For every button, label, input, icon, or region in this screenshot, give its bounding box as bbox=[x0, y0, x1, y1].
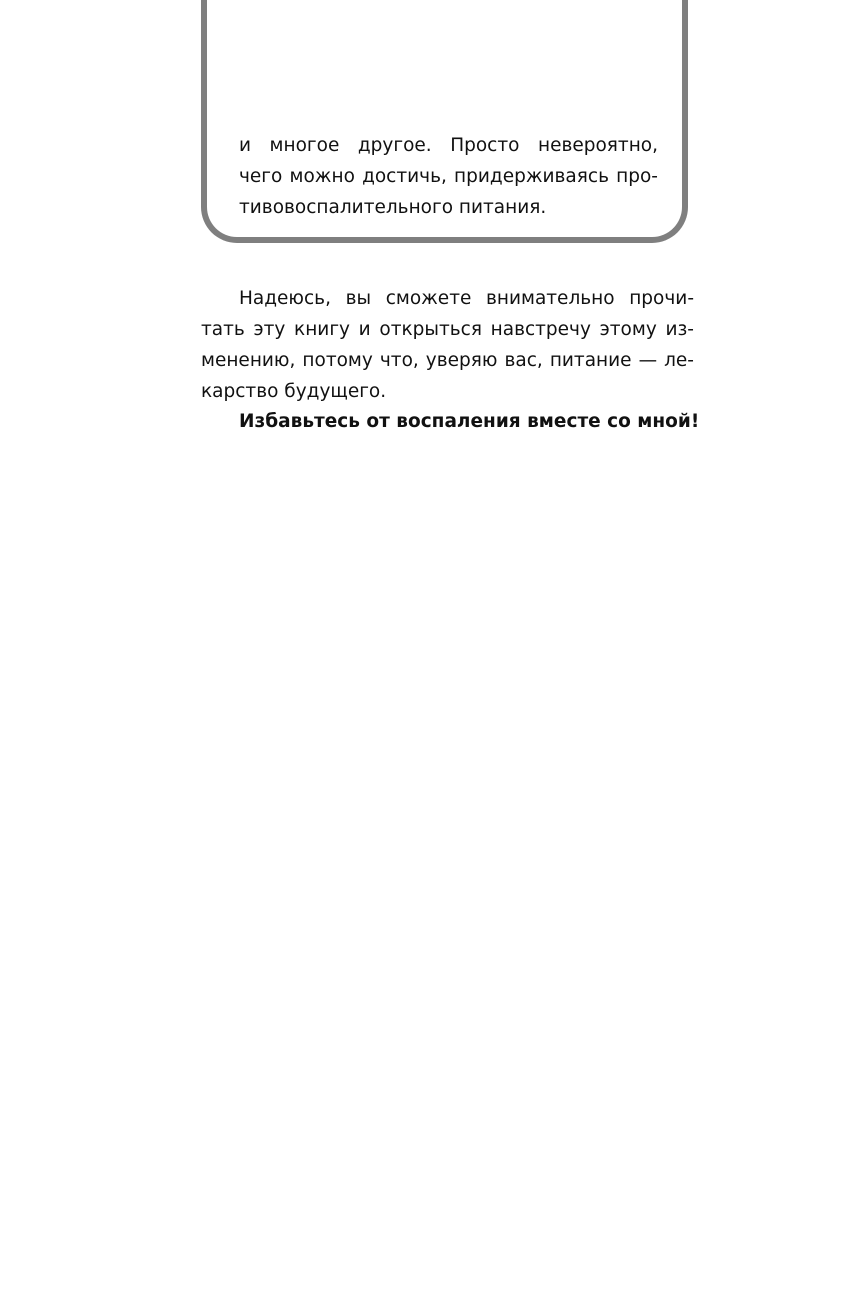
body-paragraph: Надеюсь, вы сможете внимательно прочи- т… bbox=[201, 283, 694, 407]
paragraph-line: менению, потому что, уверяю вас, питание… bbox=[201, 345, 694, 376]
box-line: тивовоспалительного питания. bbox=[239, 192, 658, 223]
box-line: чего можно достичь, придерживаясь про- bbox=[239, 161, 658, 192]
paragraph-line: карство будущего. bbox=[201, 376, 694, 407]
box-line: и многое другое. Просто невероятно, bbox=[239, 130, 658, 161]
closing-statement: Избавьтесь от воспаления вместе со мной! bbox=[239, 406, 699, 437]
paragraph-line: Надеюсь, вы сможете внимательно прочи- bbox=[201, 283, 694, 314]
box-text: и многое другое. Просто невероятно, чего… bbox=[239, 130, 658, 223]
paragraph-line: тать эту книгу и открыться навстречу это… bbox=[201, 314, 694, 345]
